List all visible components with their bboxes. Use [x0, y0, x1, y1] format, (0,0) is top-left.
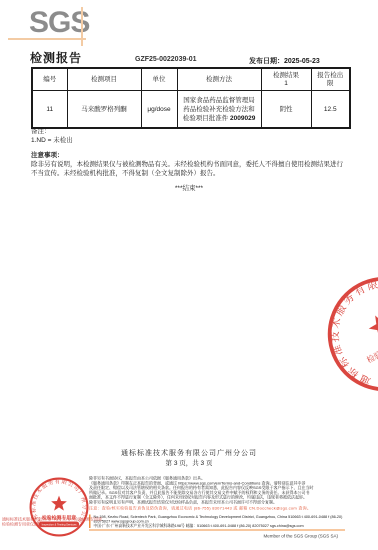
- method-lines: 国家食品药品监督管理局 药品检验补充检验方法和: [179, 96, 260, 114]
- doccheck-notice: 注意：查验/核实检验报告真伪及防伪查询，请通过电话 (86-755) 83071…: [89, 506, 345, 511]
- footer-page-info: 第 3 页，共 3 页: [0, 458, 378, 467]
- method-approval-line: 检验项目批准件 2009029: [179, 114, 260, 123]
- cell-unit: μg/dose: [141, 91, 177, 129]
- notice-label: 注意事项：: [31, 152, 64, 160]
- fineprint-block: 除非另有书面协议，本报告由本公司依据《服务通用条款》出具。 《服务通用条款》印制…: [89, 476, 345, 539]
- sgs-member-line: Member of the SGS Group (SGS SA): [89, 534, 345, 539]
- svg-text:通标标准技术服务有限公司广州分公司: 通标标准技术服务有限公司广州分公司: [308, 257, 378, 395]
- right-edge-stamp: 通标标准技术服务有限公司广州分公司 检验检测专用章: [301, 250, 378, 418]
- footer-company: 通标标准技术服务有限公司广州分公司: [0, 448, 378, 458]
- address-block: No.198, Kezhu Road, Scientech Park, Guan…: [89, 515, 345, 531]
- page-title: 检测报告: [30, 49, 82, 66]
- remarks-item: 1.ND = 未检出: [31, 137, 73, 145]
- table-row: 11 马来酸罗格列酮 μg/dose 国家食品药品监督管理局 药品检验补充检验方…: [32, 91, 350, 129]
- crop-mark-horizontal: [8, 38, 86, 40]
- col-header-item: 检测项目: [67, 68, 141, 91]
- method-approval-number: 2009029: [230, 115, 255, 122]
- end-mark: ***结束***: [0, 183, 378, 192]
- fineprint-line: 除非另有说明且另有声明，本测试报告结果仅对送检样品负责，本报告未经本公司书面许可…: [89, 500, 345, 505]
- col-header-unit: 单位: [141, 68, 177, 91]
- col-header-limit: 报告检出 限: [311, 68, 350, 91]
- left-stamp-center-text: 检验检测专用章: [42, 514, 76, 521]
- cell-item: 马来酸罗格列酮: [67, 91, 141, 129]
- notice-line-1: 除非另有说明，本检测结果仅与被检测物品有关。未经检验机构书面同意，委托人不得擅自…: [31, 161, 343, 169]
- cell-limit: 12.5: [311, 91, 350, 129]
- cell-result: 阴性: [261, 91, 311, 129]
- official-seal-stamp: 通标标准技术服务有限公司广州分公司 检验检测专用章 Inspection & T…: [28, 476, 90, 538]
- col-header-no: 编号: [32, 68, 67, 91]
- cell-no: 11: [32, 91, 67, 129]
- cell-method: 国家食品药品监督管理局 药品检验补充检验方法和 检验项目批准件 2009029: [177, 91, 261, 129]
- crop-mark-vertical: [81, 7, 83, 46]
- col-header-method: 检测方法: [177, 68, 261, 91]
- col-header-result: 检测结果 1: [261, 68, 311, 91]
- issue-date: 发布日期：2025-05-23: [249, 56, 320, 66]
- right-stamp-ring-text: 通标标准技术服务有限公司广州分公司: [308, 257, 378, 395]
- right-stamp-center-text: 检验检测专用章: [365, 330, 378, 365]
- left-stamp-banner-text: Inspection & Testing Services: [42, 523, 78, 527]
- left-stamp-star-icon: [51, 496, 67, 511]
- table-header-row: 编号 检测项目 单位 检测方法 检测结果 1 报告检出 限: [32, 68, 350, 91]
- address-english: No.198, Kezhu Road, Scientech Park, Guan…: [94, 515, 346, 524]
- report-number: GZF25-0022039-01: [135, 56, 196, 63]
- report-page: { "page": { "logo_text": "SGS", "member_…: [0, 0, 378, 550]
- right-stamp-star-icon: [365, 310, 378, 341]
- results-table: 编号 检测项目 单位 检测方法 检测结果 1 报告检出 限 11 马来酸罗格列酮…: [31, 67, 351, 129]
- remarks-label: 备注：: [31, 128, 51, 136]
- address-chinese: 中国·广东·广州高新技术产业开发区科学城科珠路198号 邮编：510663 t …: [94, 524, 346, 529]
- notice-line-2: 不当宣传。未经检验机构批准，不得复制（全文复制除外）报告。: [31, 170, 220, 178]
